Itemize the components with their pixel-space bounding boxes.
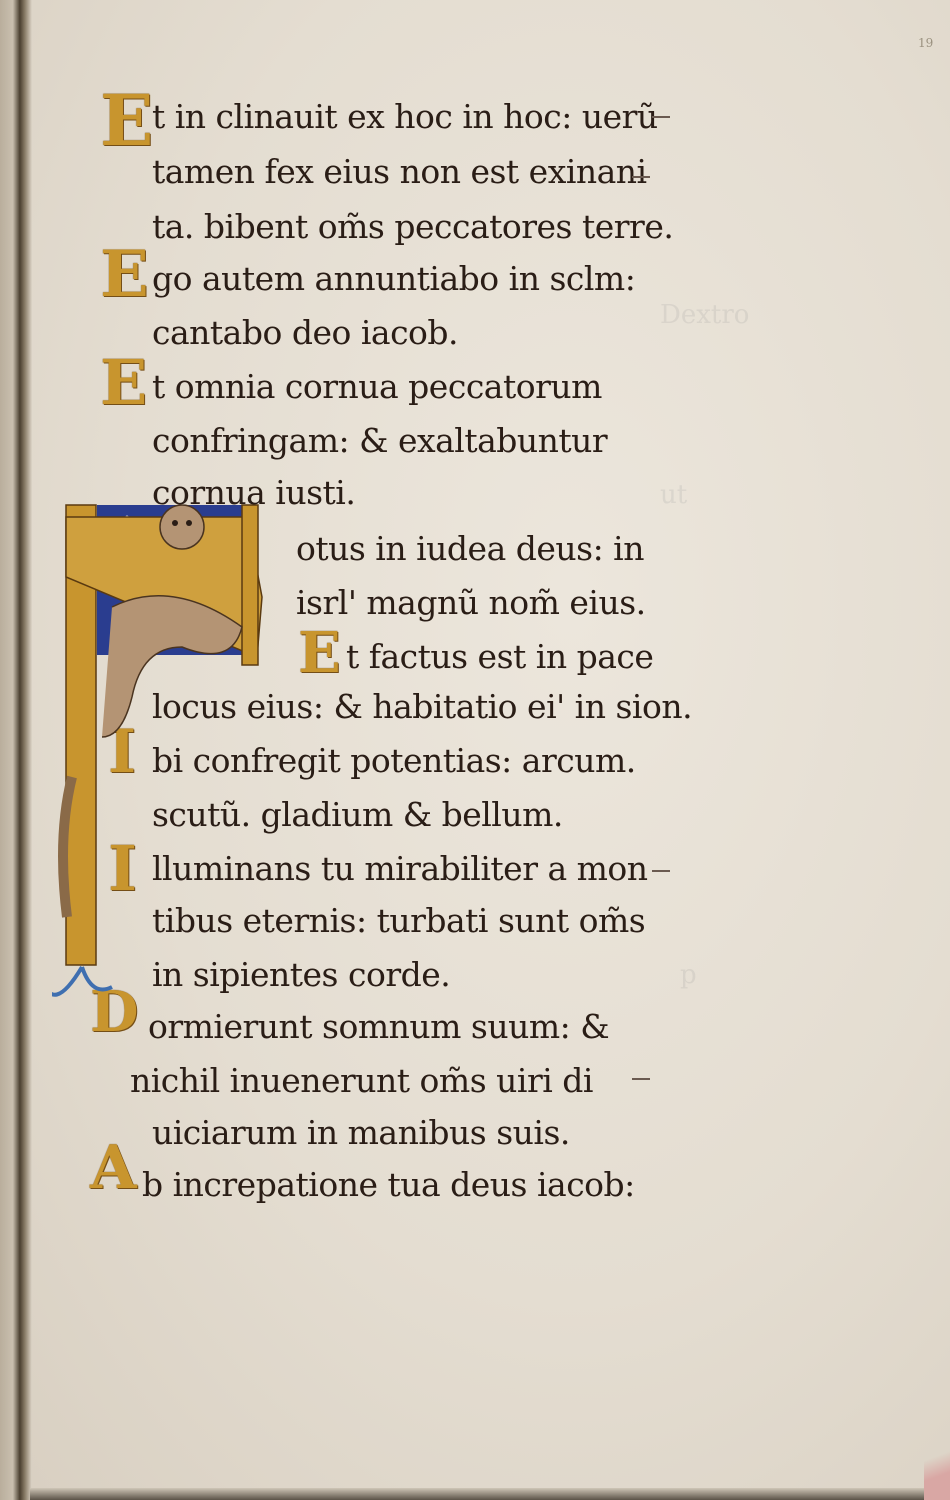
text-line: t factus est in pace: [346, 640, 653, 673]
initial-e: E: [100, 243, 149, 307]
initial-e: E: [100, 352, 147, 414]
line-hyphen: [632, 176, 650, 178]
text-line: lluminans tu mirabiliter a mon: [152, 852, 648, 885]
text-line: t omnia cornua peccatorum: [152, 370, 602, 403]
text-line: b increpatione tua deus iacob:: [142, 1168, 635, 1201]
text-line: cantabo deo iacob.: [152, 316, 458, 349]
manuscript-page: 19 Dextro ut p E E E E I I D A t in clin…: [0, 0, 950, 1500]
folio-number: 19: [918, 36, 933, 50]
text-line: go autem annuntiabo in sclm:: [152, 262, 635, 295]
text-line: tamen fex eius non est exinani: [152, 155, 647, 188]
line-hyphen: [632, 1078, 650, 1080]
text-line: tibus eternis: turbati sunt om̃s: [152, 904, 645, 937]
binding-gutter: [0, 0, 32, 1500]
line-hyphen: [652, 116, 670, 118]
text-line: uiciarum in manibus suis.: [152, 1116, 570, 1149]
initial-e: E: [100, 86, 153, 156]
text-line: isrl' magnũ nom̃ eius.: [296, 586, 646, 619]
text-line: cornua iusti.: [152, 476, 355, 509]
page-bottom-edge: [30, 1488, 950, 1500]
show-through: ut: [660, 480, 687, 510]
initial-e: E: [298, 625, 341, 681]
text-line: ta. bibent om̃s peccatores terre.: [152, 210, 673, 243]
text-line: locus eius: & habitatio ei' in sion.: [152, 690, 692, 723]
text-line: scutũ. gladium & bellum.: [152, 798, 563, 831]
text-line: t in clinauit ex hoc in hoc: uerũ: [152, 100, 658, 133]
text-line: bi confregit potentias: arcum.: [152, 744, 636, 777]
text-line: ormierunt somnum suum: &: [148, 1010, 609, 1043]
show-through: p: [680, 960, 697, 990]
show-through: Dextro: [660, 300, 749, 330]
page-corner: [924, 1440, 950, 1500]
line-hyphen: [652, 870, 670, 872]
text-line: in sipientes corde.: [152, 958, 450, 991]
text-line: nichil inuenerunt om̃s uiri di: [130, 1064, 593, 1097]
text-line: otus in iudea deus: in: [296, 532, 644, 565]
text-line: confringam: & exaltabuntur: [152, 424, 607, 457]
initial-a: A: [90, 1138, 137, 1198]
